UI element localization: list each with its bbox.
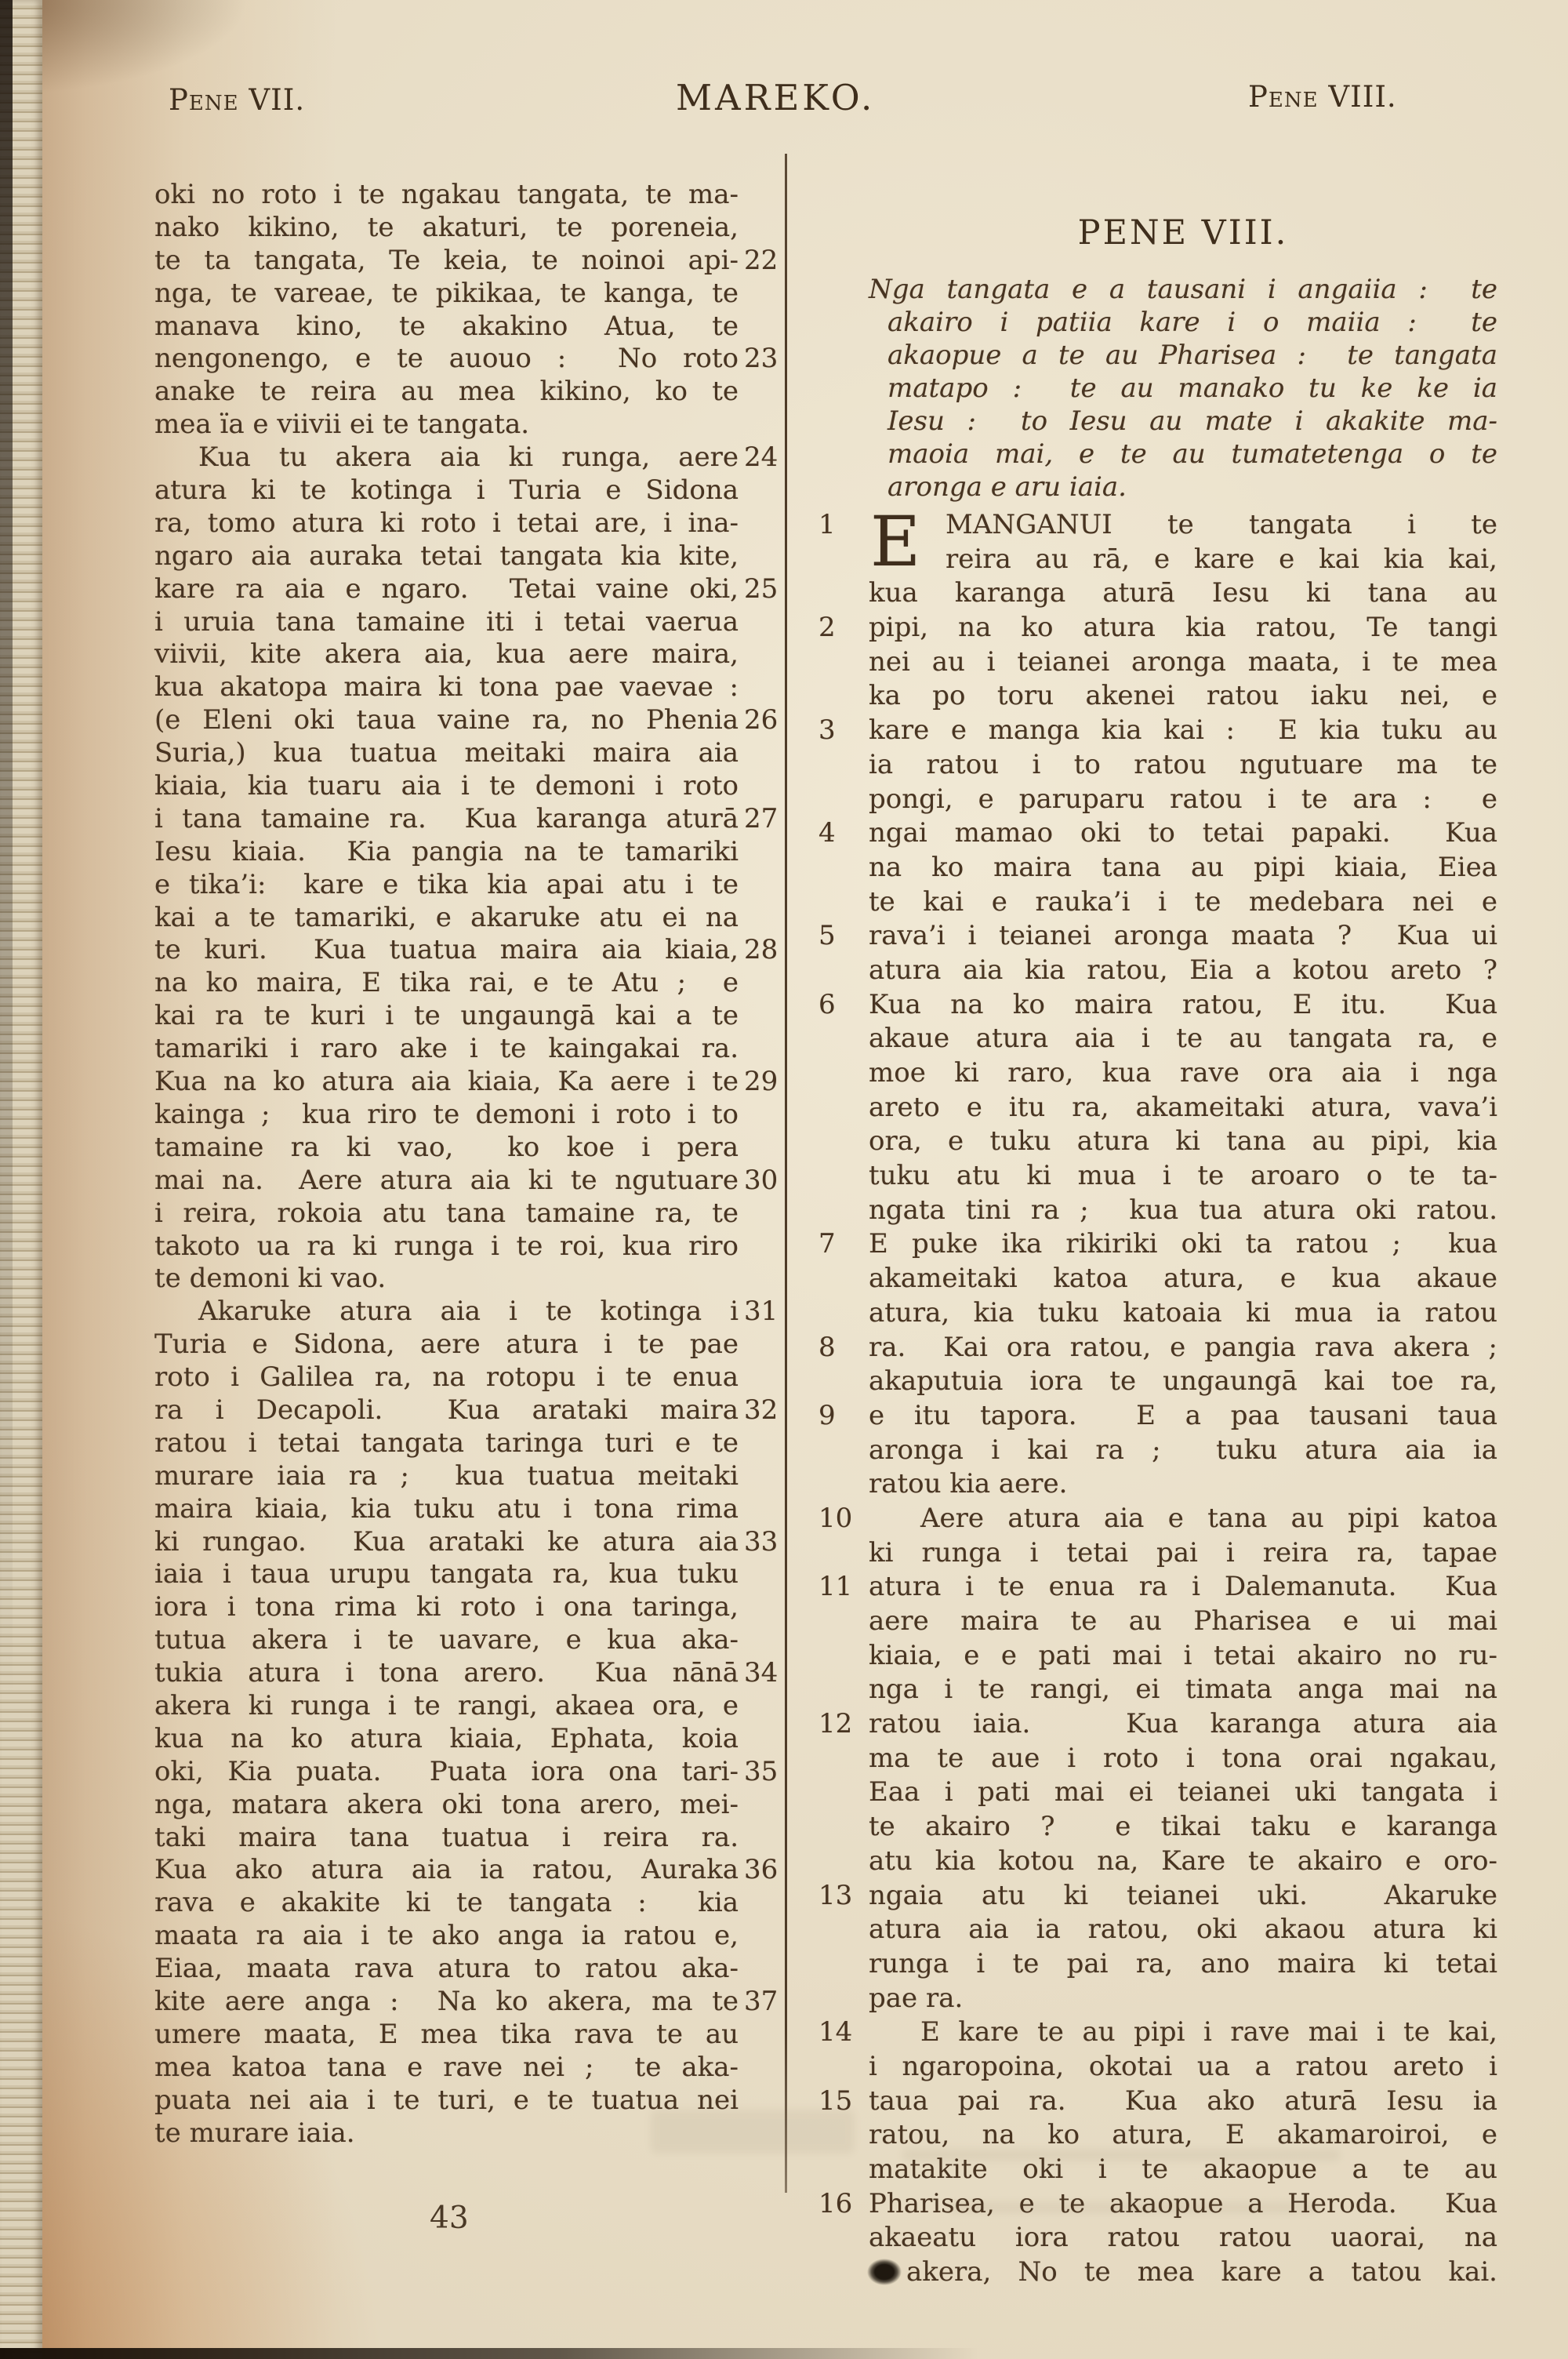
line-text: i reira, rokoia atu tana tamaine ra, te	[154, 1198, 739, 1229]
line-text: anake te reira au mea kikino, ko te	[154, 376, 739, 407]
text-line: nako kikino, te akaturi, te poreneia,	[154, 212, 739, 245]
line-text: ra, tomo atura ki roto i tetai are, i in…	[154, 507, 739, 539]
line-text: runga i te pai ra, ano maira ki tetai	[869, 1948, 1497, 1979]
ink-blot	[867, 2259, 902, 2285]
text-line: 32ra i Decapoli. Kua arataki maira	[154, 1394, 739, 1427]
line-text: i tana tamaine ra. Kua karanga aturā	[154, 803, 739, 834]
column-divider-rule	[785, 154, 787, 2193]
line-text: nga, matara akera oki tona arero, mei-	[154, 1789, 739, 1820]
text-line: 30mai na. Aere atura aia ki te ngutuare	[154, 1165, 739, 1198]
text-line: moe ki raro, kua rave ora aia i nga	[869, 1056, 1497, 1091]
text-line: 11atura i te enua ra i Dalemanuta. Kua	[869, 1570, 1497, 1605]
verse-number: 35	[744, 1756, 778, 1789]
text-line: aere maira te au Pharisea e ui mai	[869, 1605, 1497, 1639]
verse-number: 16	[818, 2187, 852, 2222]
line-text: tamariki i raro ake i te kaingakai ra.	[154, 1033, 739, 1064]
line-text: mea katoa tana e rave nei ; te aka-	[154, 2052, 739, 2083]
verse-number: 29	[744, 1066, 778, 1099]
text-line: roto i Galilea ra, na rotopu i te enua	[154, 1361, 739, 1394]
text-line: akaeatu iora ratou ratou uaorai, na	[869, 2221, 1497, 2255]
text-line: ngata tini ra ; kua tua atura oki ratou.	[869, 1194, 1497, 1228]
text-line: 9e itu tapora. E a paa tausani taua	[869, 1399, 1497, 1434]
text-line: 29Kua na ko atura aia kiaia, Ka aere i t…	[154, 1066, 739, 1099]
verse-number: 13	[818, 1879, 852, 1914]
text-line: nga i te rangi, ei timata anga mai na	[869, 1673, 1497, 1707]
line-text: akaputuia iora te ungaungā kai toe ra,	[869, 1365, 1497, 1397]
text-line: matapo : te au manako tu ke ke ia	[869, 372, 1497, 405]
line-text: nengonengo, e te auouo : No roto	[154, 343, 739, 374]
line-text: tukia atura i tona arero. Kua nānā	[154, 1657, 739, 1688]
line-text: Aere atura aia e tana au pipi katoa	[920, 1503, 1497, 1534]
text-line: kua na ko atura kiaia, Ephata, koia	[154, 1723, 739, 1756]
text-line: ka po toru akenei ratou iaku nei, e	[869, 679, 1497, 714]
line-text: kite aere anga : Na ko akera, ma te	[154, 1986, 739, 2017]
verse-number: 33	[744, 1526, 778, 1559]
text-line: 37kite aere anga : Na ko akera, ma te	[154, 1986, 739, 2019]
text-line: Iesu kiaia. Kia pangia na te tamariki	[154, 836, 739, 869]
text-line: anake te reira au mea kikino, ko te	[154, 376, 739, 409]
line-text: te kai e rauka’i i te medebara nei e	[869, 886, 1497, 918]
line-text: (e Eleni oki taua vaine ra, no Phenia	[154, 704, 739, 736]
book-title: MAREKO.	[676, 77, 875, 118]
line-text: iaia i taua urupu tangata ra, kua tuku	[154, 1558, 739, 1590]
line-text: areto e itu ra, akameitaki atura, vava’i	[869, 1092, 1497, 1123]
text-line: 22te ta tangata, Te keia, te noinoi api-	[154, 245, 739, 278]
line-text: te kuri. Kua tuatua maira aia kiaia,	[154, 934, 739, 965]
showthrough-smudge	[902, 2149, 1341, 2161]
text-line: rava e akakite ki te tangata : kia	[154, 1887, 739, 1920]
text-line: 4ngai mamao oki to tetai papaki. Kua	[869, 816, 1497, 851]
text-line: kainga ; kua riro te demoni i roto i to	[154, 1099, 739, 1132]
text-line: ma te aue i roto i tona orai ngakau,	[869, 1742, 1497, 1776]
line-text: atura ki te kotinga i Turia e Sidona	[154, 474, 739, 506]
line-text: akairo i patiia kare i o maiia : te	[887, 307, 1497, 338]
line-text: kua karanga aturā Iesu ki tana au	[869, 577, 1497, 609]
text-line: 25kare ra aia e ngaro. Tetai vaine oki,	[154, 573, 739, 606]
text-line: te demoni ki vao.	[154, 1263, 739, 1296]
text-line: akera ki runga i te rangi, akaea ora, e	[154, 1690, 739, 1723]
line-text: akameitaki katoa atura, e kua akaue	[869, 1263, 1497, 1294]
text-line: e tika’i: kare e tika kia apai atu i te	[154, 869, 739, 902]
verse-number: 25	[744, 573, 778, 606]
verse-number: 23	[744, 343, 778, 376]
line-text: iora i tona rima ki roto i ona taringa,	[154, 1591, 739, 1623]
line-text: Akaruke atura aia i te kotinga i	[198, 1296, 739, 1327]
verse-number: 11	[818, 1570, 852, 1605]
line-text: Nga tangata e a tausani i angaiia : te	[869, 274, 1497, 305]
line-text: Eiaa, maata rava atura to ratou aka-	[154, 1953, 739, 1984]
line-text: umere maata, E mea tika rava te au	[154, 2019, 739, 2050]
line-text: E kare te au pipi i rave mai i te kai,	[920, 2016, 1497, 2048]
text-line: 1EMANGANUI te tangata i te	[869, 508, 1497, 543]
text-line: Iesu : to Iesu au mate i akakite ma-	[869, 405, 1497, 438]
line-text: ra. Kai ora ratou, e pangia rava akera ;	[869, 1332, 1497, 1363]
verse-number: 2	[818, 611, 836, 645]
text-line: tuku atu ki mua i te aroaro o te ta-	[869, 1159, 1497, 1194]
text-line: kua akatopa maira ki tona pae vaevae :	[154, 671, 739, 704]
line-text: akera, No te mea kare a tatou kai.	[906, 2256, 1497, 2288]
line-text: akaeatu iora ratou ratou uaorai, na	[869, 2222, 1497, 2253]
text-line: 12ratou iaia. Kua karanga atura aia	[869, 1707, 1497, 1742]
line-text: atura i te enua ra i Dalemanuta. Kua	[869, 1571, 1497, 1602]
running-head-right: Pene VIII.	[1248, 80, 1397, 114]
verse-number: 12	[818, 1707, 852, 1742]
line-text: Eaa i pati mai ei teianei uki tangata i	[869, 1776, 1497, 1808]
line-text: takoto ua ra ki runga i te roi, kua riro	[154, 1230, 739, 1262]
text-line: 13ngaia atu ki teianei uki. Akaruke	[869, 1879, 1497, 1914]
text-line: akaopue a te au Pharisea : te tangata	[869, 339, 1497, 372]
line-text: puata nei aia i te turi, e te tuatua nei	[154, 2085, 739, 2116]
text-line: reira au rā, e kare e kai kia kai,	[869, 543, 1497, 577]
line-text: E puke ika rikiriki oki ta ratou ; kua	[869, 1228, 1497, 1259]
verse-number: 6	[818, 988, 836, 1023]
line-text: atu kia kotou na, Kare te akairo e oro-	[869, 1845, 1497, 1877]
verse-number: 1	[818, 508, 836, 543]
line-text: nako kikino, te akaturi, te poreneia,	[154, 212, 739, 243]
text-line: viivii, kite akera aia, kua aere maira,	[154, 638, 739, 671]
text-line: ratou, na ko atura, E akamaroiroi, e	[869, 2118, 1497, 2153]
text-line: oki no roto i te ngakau tangata, te ma-	[154, 179, 739, 212]
left-column: oki no roto i te ngakau tangata, te ma-n…	[154, 179, 739, 2150]
text-line: 7E puke ika rikiriki oki ta ratou ; kua	[869, 1227, 1497, 1262]
line-text: ngaia atu ki teianei uki. Akaruke	[869, 1880, 1497, 1911]
text-line: te kai e rauka’i i te medebara nei e	[869, 885, 1497, 920]
text-line: 36Kua ako atura aia ia ratou, Auraka	[154, 1854, 739, 1887]
text-line: 33ki rungao. Kua arataki ke atura aia	[154, 1526, 739, 1559]
verse-number: 24	[744, 442, 778, 474]
line-text: moe ki raro, kua rave ora aia i nga	[869, 1057, 1497, 1089]
line-text: kua akatopa maira ki tona pae vaevae :	[154, 671, 739, 703]
line-text: maira kiaia, kia tuku atu i tona rima	[154, 1493, 739, 1525]
right-column: PENE VIII. Nga tangata e a tausani i ang…	[869, 213, 1497, 2290]
line-text: Kua ako atura aia ia ratou, Auraka	[154, 1854, 739, 1885]
text-line: aronga i kai ra ; tuku atura aia ia	[869, 1434, 1497, 1468]
line-text: ki rungao. Kua arataki ke atura aia	[154, 1526, 739, 1558]
text-line: te akairo ? e tikai taku e karanga	[869, 1810, 1497, 1845]
text-line: pongi, e paruparu ratou i te ara : e	[869, 783, 1497, 817]
verse-number: 30	[744, 1165, 778, 1198]
chapter-summary: Nga tangata e a tausani i angaiia : teak…	[869, 273, 1497, 503]
text-line: takoto ua ra ki runga i te roi, kua riro	[154, 1230, 739, 1263]
text-line: 6Kua na ko maira ratou, E itu. Kua	[869, 988, 1497, 1023]
text-line: kiaia, e e pati mai i tetai akairo no ru…	[869, 1639, 1497, 1674]
line-text: taua pai ra. Kua ako aturā Iesu ia	[869, 2085, 1497, 2117]
text-line: pae ra.	[869, 1982, 1497, 2016]
line-text: atura aia kia ratou, Eia a kotou areto ?	[869, 954, 1497, 986]
line-text: maoia mai, e te au tumatetenga o te	[887, 438, 1497, 470]
line-text: viivii, kite akera aia, kua aere maira,	[154, 638, 739, 670]
text-line: 28te kuri. Kua tuatua maira aia kiaia,	[154, 934, 739, 967]
text-line: Turia e Sidona, aere atura i te pae	[154, 1329, 739, 1361]
line-text: ratou i tetai tangata taringa turi e te	[154, 1427, 739, 1459]
line-text: rava e akakite ki te tangata : kia	[154, 1887, 739, 1918]
line-text: e tika’i: kare e tika kia apai atu i te	[154, 869, 739, 900]
verse-number: 10	[818, 1502, 852, 1536]
line-text: ngata tini ra ; kua tua atura oki ratou.	[869, 1194, 1497, 1226]
text-line: Suria,) kua tuatua meitaki maira aia	[154, 737, 739, 770]
text-line: ki runga i tetai pai i reira ra, tapae	[869, 1536, 1497, 1571]
text-line: 24Kua tu akera aia ki runga, aere	[154, 442, 739, 474]
line-text: pipi, na ko atura kia ratou, Te tangi	[869, 612, 1497, 643]
line-text: roto i Galilea ra, na rotopu i te enua	[154, 1361, 739, 1393]
text-line: tutua akera i te uavare, e kua aka-	[154, 1624, 739, 1657]
text-line: nga, te vareae, te pikikaa, te kanga, te	[154, 278, 739, 311]
text-line: 23nengonengo, e te auouo : No roto	[154, 343, 739, 376]
line-text: ma te aue i roto i tona orai ngakau,	[869, 1743, 1497, 1774]
line-text: ratou kia aere.	[869, 1468, 1068, 1499]
verse-number: 4	[818, 816, 836, 851]
text-line: Nga tangata e a tausani i angaiia : te	[869, 273, 1497, 306]
line-text: i uruia tana tamaine iti i tetai vaerua	[154, 606, 739, 638]
text-line: maata ra aia i te ako anga ia ratou e,	[154, 1920, 739, 1953]
chapter-verses: 1EMANGANUI te tangata i tereira au rā, e…	[869, 508, 1497, 2290]
line-text: Kua na ko maira ratou, E itu. Kua	[869, 989, 1497, 1020]
text-line: atura aia kia ratou, Eia a kotou areto ?	[869, 954, 1497, 988]
text-line: Eiaa, maata rava atura to ratou aka-	[154, 1953, 739, 1986]
line-text: nei au i teianei aronga maata, i te mea	[869, 646, 1497, 678]
text-line: 5rava’i i teianei aronga maata ? Kua ui	[869, 919, 1497, 954]
verse-number: 8	[818, 1331, 836, 1365]
line-text: akera ki runga i te rangi, akaea ora, e	[154, 1690, 739, 1721]
text-line: atu kia kotou na, Kare te akairo e oro-	[869, 1845, 1497, 1879]
text-line: areto e itu ra, akameitaki atura, vava’i	[869, 1091, 1497, 1125]
text-line: akaputuia iora te ungaungā kai toe ra,	[869, 1365, 1497, 1399]
verse-number: 37	[744, 1986, 778, 2019]
line-text: ratou, na ko atura, E akamaroiroi, e	[869, 2119, 1497, 2150]
line-text: Kua tu akera aia ki runga, aere	[198, 442, 739, 473]
page-edges-strip	[0, 0, 42, 2359]
line-text: maata ra aia i te ako anga ia ratou e,	[154, 1920, 739, 1951]
text-line: 31Akaruke atura aia i te kotinga i	[154, 1296, 739, 1329]
line-text: e itu tapora. E a paa tausani taua	[869, 1400, 1497, 1431]
line-text: mea ïa e viivii ei te tangata.	[154, 409, 529, 440]
text-line: maira kiaia, kia tuku atu i tona rima	[154, 1493, 739, 1526]
text-line: kai ra te kuri i te ungaungā kai a te	[154, 1000, 739, 1033]
line-text: MANGANUI te tangata i te	[946, 509, 1497, 540]
text-line: aronga e aru iaia.	[869, 471, 1497, 503]
verse-number: 7	[818, 1227, 836, 1262]
text-line: i uruia tana tamaine iti i tetai vaerua	[154, 606, 739, 639]
line-text: ka po toru akenei ratou iaku nei, e	[869, 680, 1497, 711]
text-line: kua karanga aturā Iesu ki tana au	[869, 576, 1497, 611]
text-line: mea katoa tana e rave nei ; te aka-	[154, 2052, 739, 2085]
line-text: kainga ; kua riro te demoni i roto i to	[154, 1099, 739, 1130]
verse-number: 34	[744, 1657, 778, 1690]
line-text: rava’i i teianei aronga maata ? Kua ui	[869, 920, 1497, 951]
line-text: ngaro aia auraka tetai tangata kia kite,	[154, 540, 739, 572]
text-line: ratou i tetai tangata taringa turi e te	[154, 1427, 739, 1460]
text-line: ratou kia aere.	[869, 1467, 1497, 1502]
line-text: kai a te tamariki, e akaruke atu ei na	[154, 902, 739, 933]
verse-number: 3	[818, 714, 836, 748]
text-line: atura aia ia ratou, oki akaou atura ki	[869, 1913, 1497, 1947]
text-line: umere maata, E mea tika rava te au	[154, 2019, 739, 2052]
line-text: Suria,) kua tuatua meitaki maira aia	[154, 737, 739, 769]
line-text: te ta tangata, Te keia, te noinoi api-	[154, 245, 739, 276]
line-text: kiaia, kia tuaru aia i te demoni i roto	[154, 770, 739, 801]
text-line: 10Aere atura aia e tana au pipi katoa	[869, 1502, 1497, 1536]
verse-number: 32	[744, 1394, 778, 1427]
text-line: 14E kare te au pipi i rave mai i te kai,	[869, 2016, 1497, 2050]
text-line: i ngaropoina, okotai ua a ratou areto i	[869, 2050, 1497, 2085]
line-text: reira au rā, e kare e kai kia kai,	[946, 543, 1497, 575]
line-text: nga, te vareae, te pikikaa, te kanga, te	[154, 278, 739, 309]
line-text: manava kino, te akakino Atua, te	[154, 311, 739, 342]
line-text: taki maira tana tuatua i reira ra.	[154, 1822, 739, 1853]
verse-number: 22	[744, 245, 778, 278]
line-text: i ngaropoina, okotai ua a ratou areto i	[869, 2051, 1497, 2082]
text-line: akameitaki katoa atura, e kua akaue	[869, 1262, 1497, 1296]
verse-number: 28	[744, 934, 778, 967]
verse-number: 27	[744, 803, 778, 836]
text-line: maoia mai, e te au tumatetenga o te	[869, 438, 1497, 471]
line-text: ra i Decapoli. Kua arataki maira	[154, 1394, 739, 1426]
text-line: nei au i teianei aronga maata, i te mea	[869, 645, 1497, 680]
text-line: atura, kia tuku katoaia ki mua ia ratou	[869, 1296, 1497, 1331]
text-line: Eaa i pati mai ei teianei uki tangata i	[869, 1776, 1497, 1810]
showthrough-smudge	[949, 2202, 1317, 2213]
verse-number: 5	[818, 919, 836, 954]
text-line: manava kino, te akakino Atua, te	[154, 311, 739, 343]
text-line: nga, matara akera oki tona arero, mei-	[154, 1789, 739, 1822]
line-text: kare e manga kia kai : E kia tuku au	[869, 714, 1497, 746]
text-line: atura ki te kotinga i Turia e Sidona	[154, 474, 739, 507]
text-line: akera, No te mea kare a tatou kai.	[869, 2255, 1497, 2290]
line-text: na ko maira, E tika rai, e te Atu ; e	[154, 967, 739, 998]
line-text: kare ra aia e ngaro. Tetai vaine oki,	[154, 573, 739, 605]
line-text: atura, kia tuku katoaia ki mua ia ratou	[869, 1297, 1497, 1329]
line-text: oki, Kia puata. Puata iora ona tari-	[154, 1756, 739, 1787]
text-line: 3kare e manga kia kai : E kia tuku au	[869, 714, 1497, 748]
line-text: tuku atu ki mua i te aroaro o te ta-	[869, 1160, 1497, 1191]
line-text: ia ratou i to ratou ngutuare ma te	[869, 749, 1497, 780]
text-line: tamariki i raro ake i te kaingakai ra.	[154, 1033, 739, 1066]
text-line: 34tukia atura i tona arero. Kua nānā	[154, 1657, 739, 1690]
line-text: Turia e Sidona, aere atura i te pae	[154, 1329, 739, 1360]
line-text: ngai mamao oki to tetai papaki. Kua	[869, 817, 1497, 849]
line-text: aere maira te au Pharisea e ui mai	[869, 1605, 1497, 1637]
verse-number: 31	[744, 1296, 778, 1329]
line-text: te akairo ? e tikai taku e karanga	[869, 1811, 1497, 1842]
chapter-heading: PENE VIII.	[869, 213, 1497, 273]
line-text: mai na. Aere atura aia ki te ngutuare	[154, 1165, 739, 1196]
line-text: kai ra te kuri i te ungaungā kai a te	[154, 1000, 739, 1031]
verse-number: 9	[818, 1399, 836, 1434]
line-text: murare iaia ra ; kua tuatua meitaki	[154, 1460, 739, 1492]
text-line: 2pipi, na ko atura kia ratou, Te tangi	[869, 611, 1497, 645]
text-line: na ko maira tana au pipi kiaia, Eiea	[869, 851, 1497, 885]
line-text: ki runga i tetai pai i reira ra, tapae	[869, 1537, 1497, 1568]
line-text: na ko maira tana au pipi kiaia, Eiea	[869, 852, 1497, 883]
text-line: taki maira tana tuatua i reira ra.	[154, 1822, 739, 1855]
line-text: tamaine ra ki vao, ko koe i pera	[154, 1132, 739, 1163]
line-text: matapo : te au manako tu ke ke ia	[887, 373, 1497, 404]
text-line: na ko maira, E tika rai, e te Atu ; e	[154, 967, 739, 1000]
line-text: tutua akera i te uavare, e kua aka-	[154, 1624, 739, 1656]
text-line: iora i tona rima ki roto i ona taringa,	[154, 1591, 739, 1624]
scanned-book-page: Pene VII. MAREKO. Pene VIII. oki no roto…	[0, 0, 1568, 2359]
bottom-photo-edge	[0, 2348, 1019, 2359]
text-line: murare iaia ra ; kua tuatua meitaki	[154, 1460, 739, 1493]
text-line: akaue atura aia i te au tangata ra, e	[869, 1022, 1497, 1056]
line-text: oki no roto i te ngakau tangata, te ma-	[154, 179, 739, 210]
line-text: akaue atura aia i te au tangata ra, e	[869, 1023, 1497, 1054]
verse-number: 36	[744, 1854, 778, 1887]
verse-number: 14	[818, 2016, 852, 2050]
line-text: pae ra.	[869, 1983, 963, 2014]
running-head-left: Pene VII.	[169, 83, 305, 117]
text-line: kiaia, kia tuaru aia i te demoni i roto	[154, 770, 739, 803]
line-text: aronga i kai ra ; tuku atura aia ia	[869, 1434, 1497, 1466]
text-line: 26(e Eleni oki taua vaine ra, no Phenia	[154, 704, 739, 737]
text-line: runga i te pai ra, ano maira ki tetai	[869, 1947, 1497, 1982]
line-text: ora, e tuku atura ki tana au pipi, kia	[869, 1125, 1497, 1157]
text-line: ora, e tuku atura ki tana au pipi, kia	[869, 1125, 1497, 1159]
text-line: 8ra. Kai ora ratou, e pangia rava akera …	[869, 1331, 1497, 1365]
text-line: kai a te tamariki, e akaruke atu ei na	[154, 902, 739, 935]
text-line: tamaine ra ki vao, ko koe i pera	[154, 1132, 739, 1165]
line-text: akaopue a te au Pharisea : te tangata	[887, 340, 1497, 371]
line-text: te murare iaia.	[154, 2117, 355, 2149]
text-line: i reira, rokoia atu tana tamaine ra, te	[154, 1198, 739, 1230]
line-text: Iesu : to Iesu au mate i akakite ma-	[887, 405, 1497, 437]
line-text: pongi, e paruparu ratou i te ara : e	[869, 783, 1497, 815]
line-text: te demoni ki vao.	[154, 1263, 386, 1294]
text-line: ra, tomo atura ki roto i tetai are, i in…	[154, 507, 739, 540]
text-line: ngaro aia auraka tetai tangata kia kite,	[154, 540, 739, 573]
line-text: Kua na ko atura aia kiaia, Ka aere i te	[154, 1066, 739, 1097]
line-text: nga i te rangi, ei timata anga mai na	[869, 1674, 1497, 1705]
showthrough-smudge	[651, 2110, 855, 2154]
line-text: ratou iaia. Kua karanga atura aia	[869, 1708, 1497, 1739]
text-line: 27i tana tamaine ra. Kua karanga aturā	[154, 803, 739, 836]
text-line: 15taua pai ra. Kua ako aturā Iesu ia	[869, 2085, 1497, 2119]
verse-number: 26	[744, 704, 778, 737]
text-line: iaia i taua urupu tangata ra, kua tuku	[154, 1558, 739, 1591]
text-line: ia ratou i to ratou ngutuare ma te	[869, 748, 1497, 783]
text-line: akairo i patiia kare i o maiia : te	[869, 306, 1497, 339]
text-line: 35oki, Kia puata. Puata iora ona tari-	[154, 1756, 739, 1789]
page-number: 43	[430, 2201, 469, 2236]
line-text: atura aia ia ratou, oki akaou atura ki	[869, 1914, 1497, 1945]
line-text: kua na ko atura kiaia, Ephata, koia	[154, 1723, 739, 1754]
text-line: mea ïa e viivii ei te tangata.	[154, 409, 739, 442]
line-text: kiaia, e e pati mai i tetai akairo no ru…	[869, 1640, 1497, 1671]
line-text: aronga e aru iaia.	[887, 471, 1127, 503]
line-text: Iesu kiaia. Kia pangia na te tamariki	[154, 836, 739, 867]
